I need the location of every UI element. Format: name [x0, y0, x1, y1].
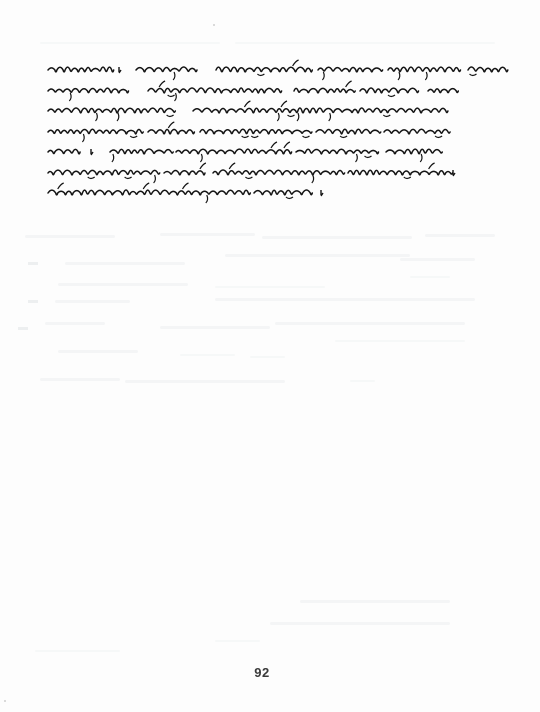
handwritten-line: វិន្ទិសន្តិ៍អំណរសាគុណ ដែលពោះកាប្រហាន់ដោយ… — [48, 120, 508, 141]
bleed-through-line — [40, 42, 220, 44]
handwritten-line: កំណើតរបស់ខ្លួនទេនោះ ដោយលោកបានទៅអ្នកតាំងព… — [48, 99, 508, 120]
handwritten-line: យ៉ង់យល់ សំរឿយនៃវិញ ទៅវិញ ដោយលោកបានទៅ យល់… — [48, 161, 508, 182]
handwritten-line: វិញឲ្យស្រៀង ក៏ប៉ុន្តែមនុស្សលោកនេះ គ្មានន… — [48, 79, 508, 100]
scan-speck — [213, 24, 215, 26]
handwritten-line: ឃ្មាស់ ។ ដូយទៅវិញ អ្នកតាំងពោះគួរប្រែ ទៅត… — [48, 140, 508, 161]
handwritten-line: ដោយដោះ អាន ,ដោះសារសោ ហើយនឹងទៅរកបង្ក័ងអ្ន… — [48, 58, 508, 79]
handwritten-text-block: ដោយដោះ អាន ,ដោះសារសោ ហើយនឹងទៅរកបង្ក័ងអ្ន… — [48, 58, 508, 202]
bleed-through-line — [235, 42, 495, 44]
scanned-page: ដោយដោះ អាន ,ដោះសារសោ ហើយនឹងទៅរកបង្ក័ងអ្ន… — [0, 0, 540, 712]
scan-speck — [4, 700, 6, 702]
handwritten-line: ធ្លូនកេនោះ ស្ទិតទៅក្នុងការគ្រប់គ្រាន់គុណ… — [48, 181, 508, 202]
handwriting-stroke-icon — [48, 181, 508, 205]
page-number: 92 — [0, 665, 524, 680]
